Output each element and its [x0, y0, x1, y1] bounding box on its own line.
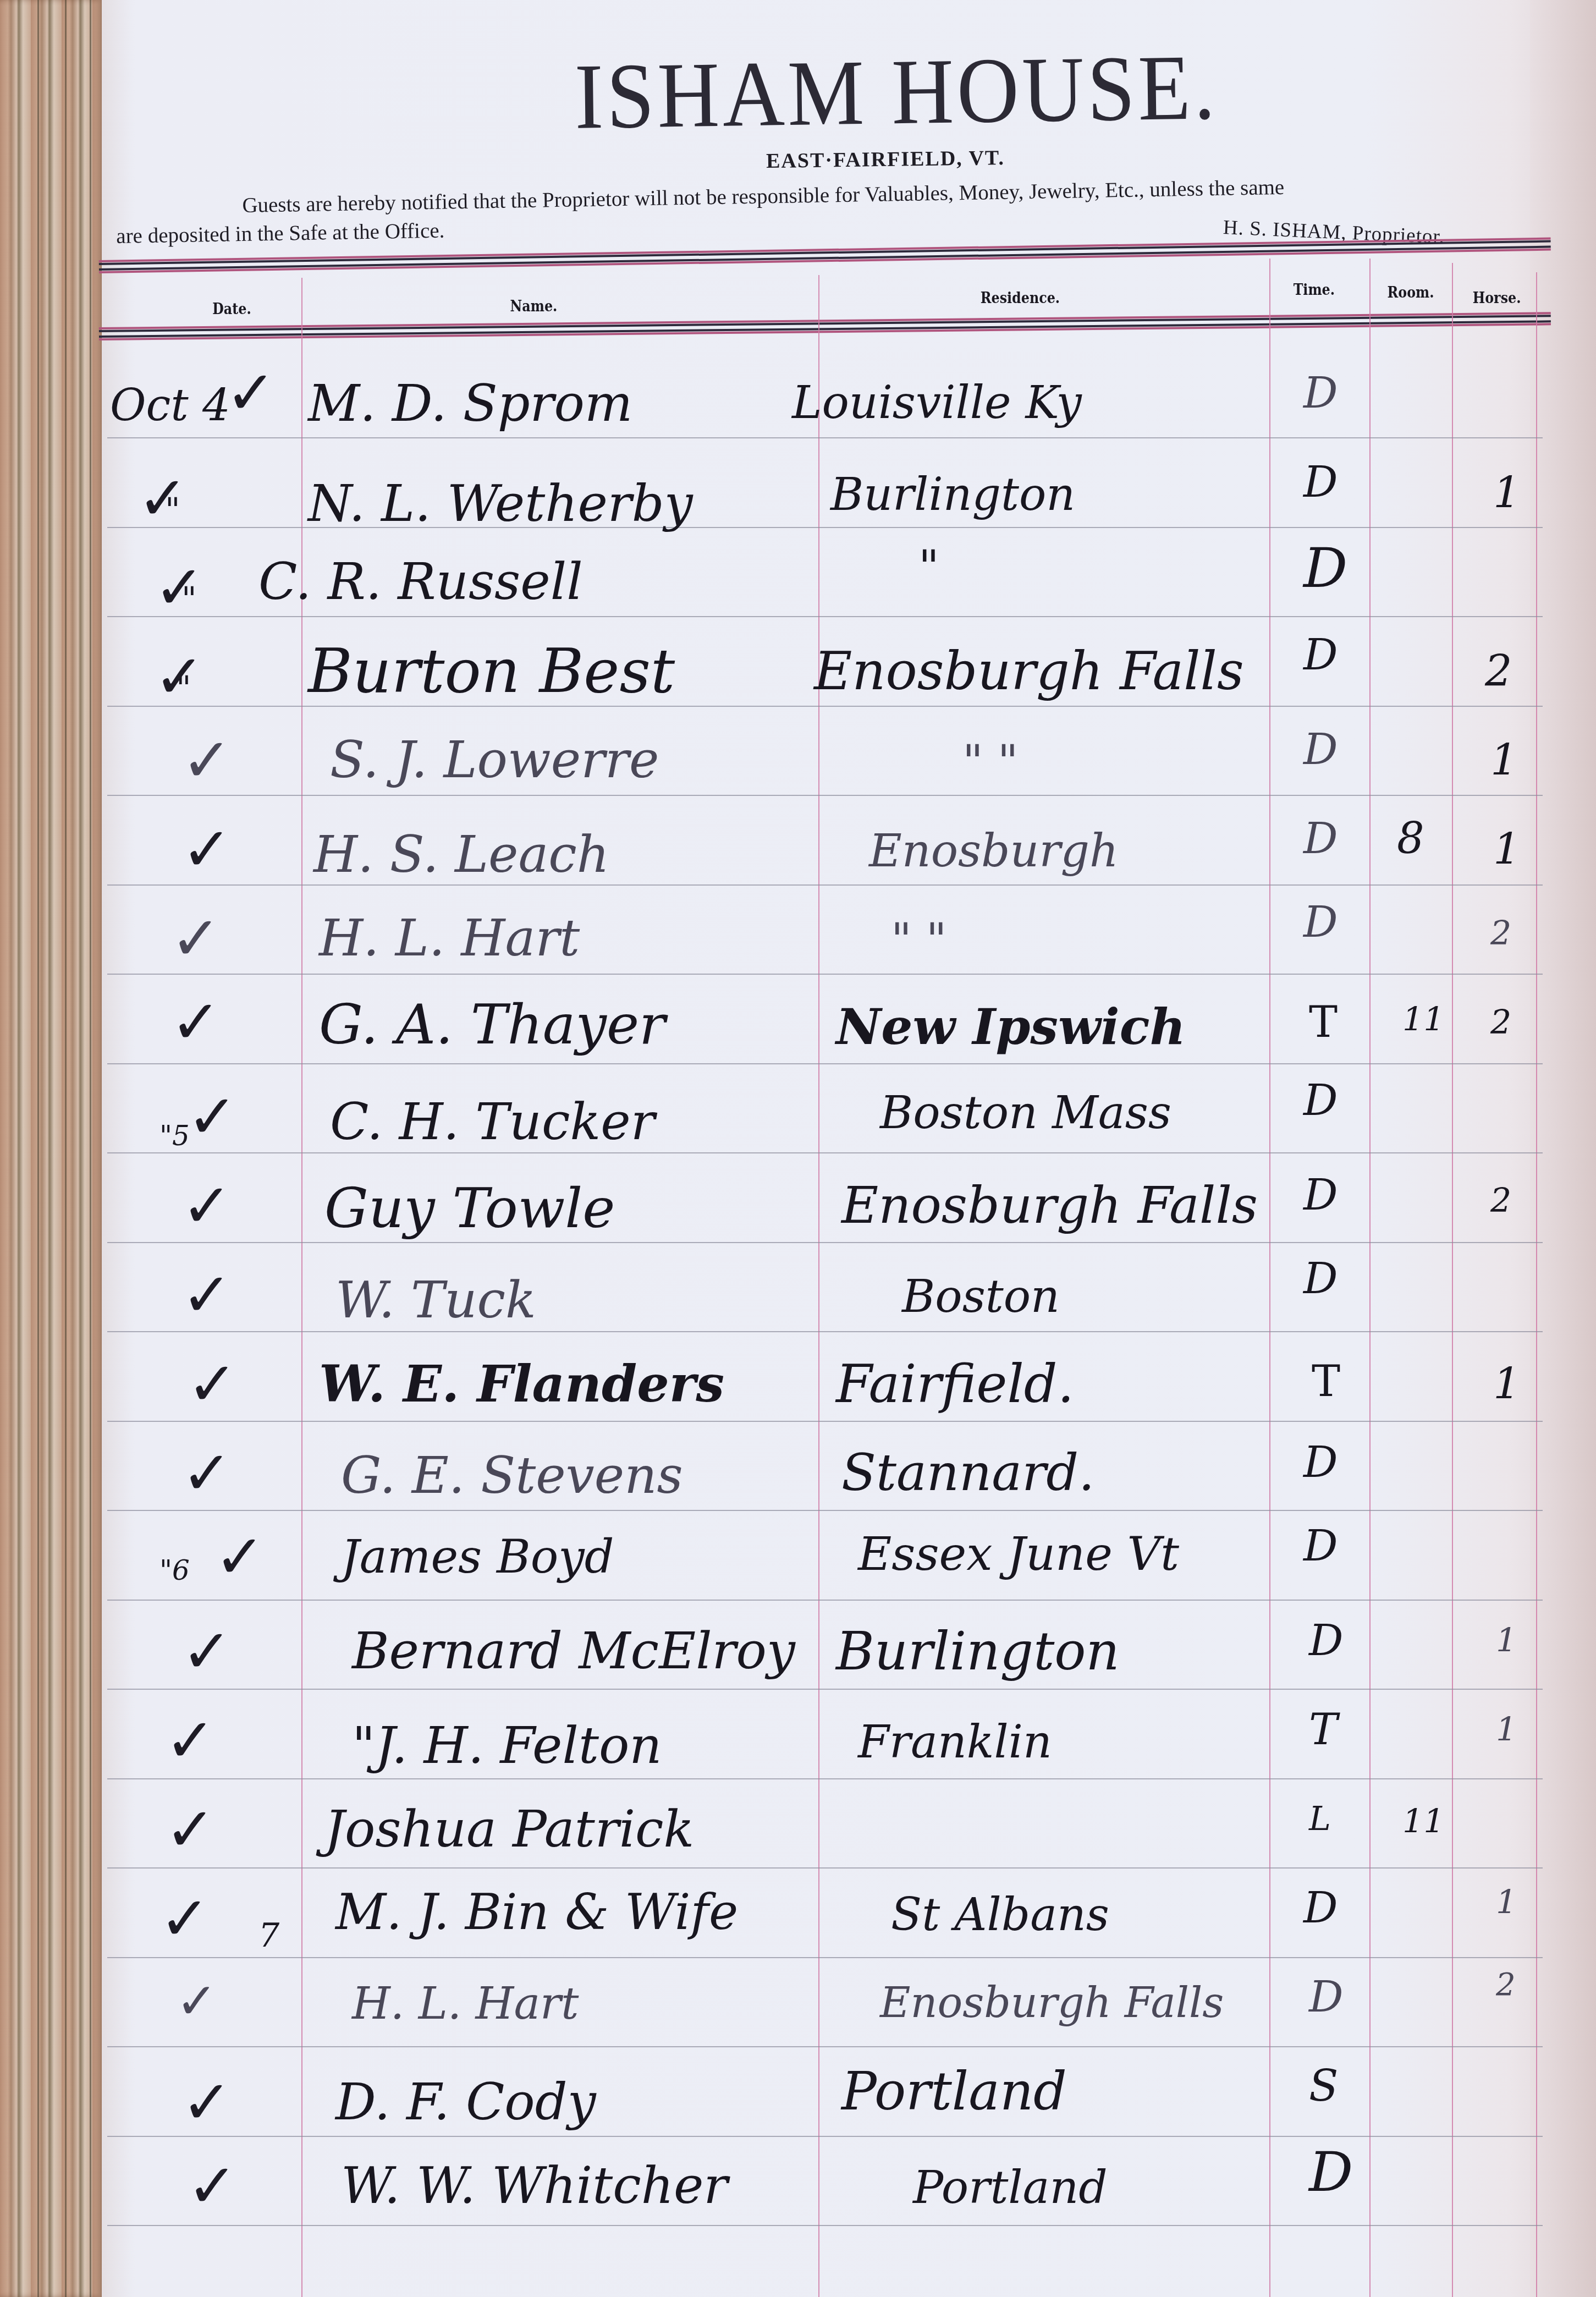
guest-residence: Franklin	[858, 1716, 1052, 1768]
arrival-time: D	[1303, 725, 1338, 774]
register-entry: ✓ Joshua Patrick L 11	[0, 1783, 1596, 1872]
horse-count: 2	[1490, 1182, 1511, 1220]
register-entry: " ✓ N. L. Wetherby Burlington D 1	[0, 447, 1596, 536]
register-entry: 7 ✓ M. J. Bin & Wife St Albans D 1	[0, 1872, 1596, 1961]
checkmark-icon: ✓	[154, 552, 205, 623]
register-entry: "6 ✓ James Boyd Essex June Vt D	[0, 1516, 1596, 1605]
arrival-time: D	[1309, 1616, 1344, 1666]
checkmark-icon: ✓	[181, 1616, 232, 1686]
guest-residence: " "	[962, 736, 1019, 788]
guest-name: G. E. Stevens	[341, 1446, 683, 1505]
register-entry: " ✓ Burton Best Enosburgh Falls D 2	[0, 625, 1596, 714]
guest-residence: Louisville Ky	[792, 377, 1082, 429]
guest-name: Guy Towle	[324, 1176, 615, 1240]
room-number: 11	[1402, 1803, 1444, 1841]
guest-name: H. L. Hart	[352, 1978, 579, 2029]
guest-residence: New Ipswich	[836, 998, 1186, 1056]
horse-count: 2	[1490, 1003, 1511, 1042]
checkmark-icon: ✓	[181, 1171, 232, 1241]
guest-residence: " "	[891, 914, 947, 966]
guest-name: W. E. Flanders	[319, 1354, 724, 1414]
register-entry: ✓ H. S. Leach Enosburgh D 8 1	[0, 803, 1596, 892]
guest-name: G. A. Thayer	[319, 992, 665, 1057]
checkmark-icon: ✓	[137, 463, 188, 534]
guest-residence: Fairfield.	[836, 1354, 1074, 1415]
checkmark-icon: ✓	[154, 641, 205, 712]
horse-count: 1	[1490, 736, 1518, 785]
register-entry: ✓ S. J. Lowerre " " D 1	[0, 714, 1596, 803]
guest-residence: Stannard.	[841, 1443, 1094, 1502]
horse-count: 1	[1496, 1622, 1517, 1660]
guest-name: James Boyd	[341, 1530, 614, 1584]
entry-date: "5	[159, 1120, 190, 1152]
guest-name: Burton Best	[308, 636, 675, 706]
guest-name: W. W. Whitcher	[341, 2156, 728, 2215]
horse-count: 1	[1493, 825, 1521, 875]
guest-name: D. F. Cody	[335, 2073, 596, 2131]
register-entry: Oct 4 ✓ M. D. Sprom Louisville Ky D	[0, 358, 1596, 447]
guest-residence: Enosburgh Falls	[880, 1978, 1224, 2027]
register-entry: ✓ Bernard McElroy Burlington D 1	[0, 1605, 1596, 1694]
horse-count: 1	[1493, 1360, 1521, 1409]
arrival-time: D	[1303, 369, 1338, 418]
guest-residence: Enosburgh Falls	[814, 641, 1244, 702]
arrival-time: D	[1303, 536, 1347, 600]
checkmark-icon: ✓	[176, 1972, 217, 2030]
checkmark-icon: ✓	[181, 2067, 232, 2137]
room-number: 8	[1397, 814, 1424, 864]
horse-count: 2	[1496, 1967, 1516, 2003]
col-header-date: Date.	[212, 300, 251, 318]
register-entry: ✓ H. L. Hart Enosburgh Falls D 2	[0, 1961, 1596, 2051]
arrival-time: T	[1312, 1357, 1340, 1406]
col-header-horse: Horse.	[1473, 289, 1521, 307]
checkmark-icon: ✓	[225, 358, 276, 428]
checkmark-icon: ✓	[187, 2151, 238, 2221]
checkmark-icon: ✓	[165, 1705, 216, 1776]
arrival-time: D	[1303, 814, 1338, 864]
arrival-time: D	[1303, 458, 1338, 507]
hotel-location: EAST·FAIRFIELD, VT.	[720, 145, 1051, 174]
checkmark-icon: ✓	[170, 903, 221, 974]
guest-name: C. R. Russell	[258, 552, 583, 611]
guest-name: C. H. Tucker	[330, 1092, 655, 1151]
register-entry: ✓ D. F. Cody Portland S	[0, 2051, 1596, 2140]
horse-count: 2	[1490, 914, 1511, 953]
guest-residence: Burlington	[836, 1622, 1120, 1682]
col-header-room: Room.	[1388, 283, 1434, 301]
register-entry: "5 ✓ C. H. Tucker Boston Mass D	[0, 1070, 1596, 1160]
arrival-time: L	[1309, 1800, 1331, 1838]
guest-name: H. L. Hart	[319, 909, 580, 968]
room-number: 11	[1402, 1001, 1444, 1039]
horse-count: 1	[1496, 1883, 1517, 1922]
guest-residence: Portland	[841, 2062, 1067, 2122]
guest-residence: Boston Mass	[880, 1087, 1171, 1139]
checkmark-icon: ✓	[187, 1349, 238, 1419]
checkmark-icon: ✓	[214, 1521, 265, 1592]
register-entry: ✓ "J. H. Felton Franklin T 1	[0, 1694, 1596, 1783]
arrival-time: D	[1303, 630, 1338, 680]
register-entry: ✓ G. E. Stevens Stannard. D	[0, 1427, 1596, 1516]
guest-residence: Boston	[902, 1271, 1060, 1323]
horse-count: 2	[1485, 647, 1512, 696]
guest-residence: Portland	[913, 2162, 1108, 2214]
guest-residence: "	[918, 541, 939, 594]
checkmark-icon: ✓	[181, 814, 232, 884]
guest-name: Bernard McElroy	[352, 1622, 795, 1680]
hotel-title: ISHAM HOUSE.	[516, 33, 1276, 152]
arrival-time: T	[1309, 1705, 1338, 1755]
checkmark-icon: ✓	[187, 1081, 238, 1152]
entry-date: "6	[159, 1554, 190, 1586]
guest-name: M. J. Bin & Wife	[335, 1883, 738, 1941]
col-header-time: Time.	[1294, 281, 1335, 299]
arrival-time: D	[1303, 898, 1338, 947]
col-header-name: Name.	[510, 297, 558, 315]
checkmark-icon: ✓	[159, 1883, 210, 1954]
horse-count: 1	[1496, 1711, 1517, 1749]
guest-name: M. D. Sprom	[308, 374, 632, 433]
guest-name: "J. H. Felton	[352, 1716, 662, 1775]
checkmark-icon: ✓	[181, 725, 232, 795]
arrival-time: D	[1303, 1883, 1338, 1933]
register-entry: ✓ W. W. Whitcher Portland D	[0, 2140, 1596, 2229]
guest-residence: Burlington	[830, 469, 1075, 521]
guest-name: Joshua Patrick	[324, 1800, 694, 1859]
checkmark-icon: ✓	[170, 987, 221, 1057]
guest-residence: Essex June Vt	[858, 1527, 1179, 1581]
guest-name: N. L. Wetherby	[308, 474, 693, 533]
arrival-time: D	[1303, 1171, 1338, 1220]
entry-date: 7	[258, 1916, 279, 1955]
register-entry: ✓ H. L. Hart " " D 2	[0, 892, 1596, 981]
horse-count: 1	[1493, 469, 1521, 518]
arrival-time: S	[1309, 2062, 1338, 2111]
register-entry: ✓ G. A. Thayer New Ipswich T 11 2	[0, 981, 1596, 1070]
guest-name: S. J. Lowerre	[330, 730, 659, 789]
register-entry: ✓ Guy Towle Enosburgh Falls D 2	[0, 1160, 1596, 1249]
arrival-time: D	[1303, 1254, 1338, 1304]
guest-residence: Enosburgh Falls	[841, 1176, 1258, 1235]
col-header-residence: Residence.	[981, 289, 1060, 307]
checkmark-icon: ✓	[181, 1438, 232, 1508]
guest-name: H. S. Leach	[313, 825, 609, 884]
guest-residence: St Albans	[891, 1889, 1109, 1941]
arrival-time: D	[1303, 1438, 1338, 1487]
checkmark-icon: ✓	[165, 1794, 216, 1865]
arrival-time: D	[1303, 1076, 1338, 1125]
guest-residence: Enosburgh	[869, 825, 1119, 877]
entry-date: Oct 4	[110, 380, 230, 431]
register-entry: ✓ W. E. Flanders Fairfield. T 1	[0, 1338, 1596, 1427]
register-entry: " ✓ C. R. Russell " D	[0, 536, 1596, 625]
register-entry: ✓ W. Tuck Boston D	[0, 1249, 1596, 1338]
arrival-time: D	[1309, 2140, 1353, 2204]
checkmark-icon: ✓	[181, 1260, 232, 1330]
guest-name: W. Tuck	[335, 1271, 536, 1329]
arrival-time: D	[1309, 1972, 1344, 2022]
arrival-time: D	[1303, 1521, 1338, 1571]
arrival-time: T	[1309, 998, 1338, 1047]
